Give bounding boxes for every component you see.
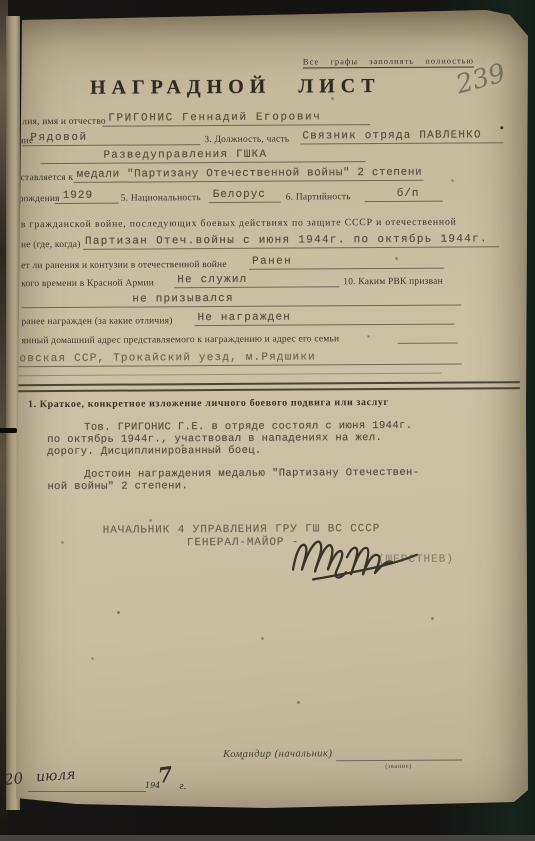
field-rank-value: Рядовой — [30, 132, 87, 144]
page-content: Все графы заполнять полностью НАГРАДНОЙ … — [18, 10, 523, 807]
form-line — [300, 142, 503, 144]
field-party-label: 6. Партийность — [286, 192, 351, 202]
field-war-value: Партизан Отеч.войны с июня 1944г. по окт… — [85, 233, 488, 247]
field-wounds-value: Ранен — [252, 256, 292, 268]
form-line — [174, 286, 339, 288]
field-nationality-label: 5. Национальность — [121, 193, 201, 203]
rank-caption: (звание) — [385, 763, 412, 770]
ink-dot — [500, 126, 503, 129]
document-page: Все графы заполнять полностью НАГРАДНОЙ … — [16, 10, 528, 808]
document-title: НАГРАДНОЙ ЛИСТ — [90, 75, 381, 100]
handwritten-year-digit: 7 — [156, 761, 174, 788]
field-war-label2: не (где, когда) — [21, 240, 81, 250]
field-address-label: янный домашний адрес представляемого к н… — [22, 334, 340, 346]
date-suffix: г. — [179, 782, 186, 792]
section-divider — [12, 381, 520, 386]
field-army-service-label: кого времени в Красной Армии — [21, 278, 154, 289]
field-position-value2: Разведуправления ГШКА — [103, 149, 267, 162]
form-line — [365, 201, 443, 202]
field-rvk-value: не призывался — [132, 293, 233, 306]
fill-all-fields-note: Все графы заполнять полностью — [303, 55, 474, 68]
commander-label: Командир (начальник) — [223, 748, 332, 760]
field-position-value: Связник отряда ПАВЛЕНКО — [302, 129, 482, 142]
field-war-label: в гражданской войне, последующих боевых … — [21, 217, 457, 231]
field-birth-year-value: 1929 — [63, 190, 93, 202]
form-line — [55, 203, 119, 204]
citation-line: дорогу. Дисциплинированный боец. — [47, 445, 262, 458]
citation-line: по октябрь 1944г., участвовал в нападени… — [47, 432, 382, 446]
scanner-edge-strip — [0, 835, 535, 841]
form-line — [40, 161, 365, 164]
scanned-award-sheet: Все графы заполнять полностью НАГРАДНОЙ … — [0, 0, 535, 841]
form-line — [21, 305, 461, 309]
field-rvk-label: 10. Каким РВК призван — [343, 277, 443, 288]
form-line — [194, 324, 454, 327]
citation-line: Достоин награждения медалью "Партизану О… — [84, 467, 419, 481]
field-army-service-value: Не служил — [177, 274, 247, 286]
form-line — [28, 791, 146, 792]
field-award-label: ставляется к — [21, 173, 74, 183]
form-line — [336, 760, 462, 762]
field-address-value: товская ССР, Трокайский уезд, м.Рядшики — [12, 351, 316, 365]
form-line — [209, 202, 281, 203]
printed-year-prefix: 194 — [145, 781, 160, 790]
citation-heading: 1. Краткое, конкретное изложение личного… — [28, 397, 389, 410]
form-line — [249, 268, 444, 270]
section-divider — [12, 387, 520, 392]
citation-line: ной войны" 2 степени. — [47, 480, 188, 493]
paper-specks — [0, 0, 1, 1]
field-name-value: ГРИГОНИС Геннадий Егорович — [108, 111, 321, 124]
field-name-label: лия, имя и отчество — [22, 117, 106, 128]
form-line — [12, 373, 442, 377]
field-position-label: 3. Должность, часть — [204, 135, 289, 146]
field-party-value: б/п — [397, 188, 420, 200]
field-wounds-label: ет ли ранения и контузии в отечественной… — [21, 260, 227, 271]
field-award-value: медали "Партизану Отечественной войны" 2… — [77, 167, 423, 181]
handwritten-date-day: 20 — [3, 769, 24, 789]
approval-line2: ГЕНЕРАЛ-МАЙОР - — [187, 537, 300, 550]
field-prior-awards-label: ранее награжден (за какие отличия) — [21, 316, 172, 327]
handwritten-date-month: июля — [35, 767, 76, 786]
field-prior-awards-value: Не награжден — [197, 312, 291, 325]
field-nationality-value: Белорус — [213, 189, 266, 201]
approval-surname: (ШЕРСТНЕВ) — [378, 554, 454, 566]
field-birth-year-label: рождения — [19, 194, 60, 204]
form-line — [398, 343, 458, 344]
form-line — [102, 124, 370, 127]
form-line — [22, 144, 200, 146]
spine-mark — [0, 428, 17, 433]
